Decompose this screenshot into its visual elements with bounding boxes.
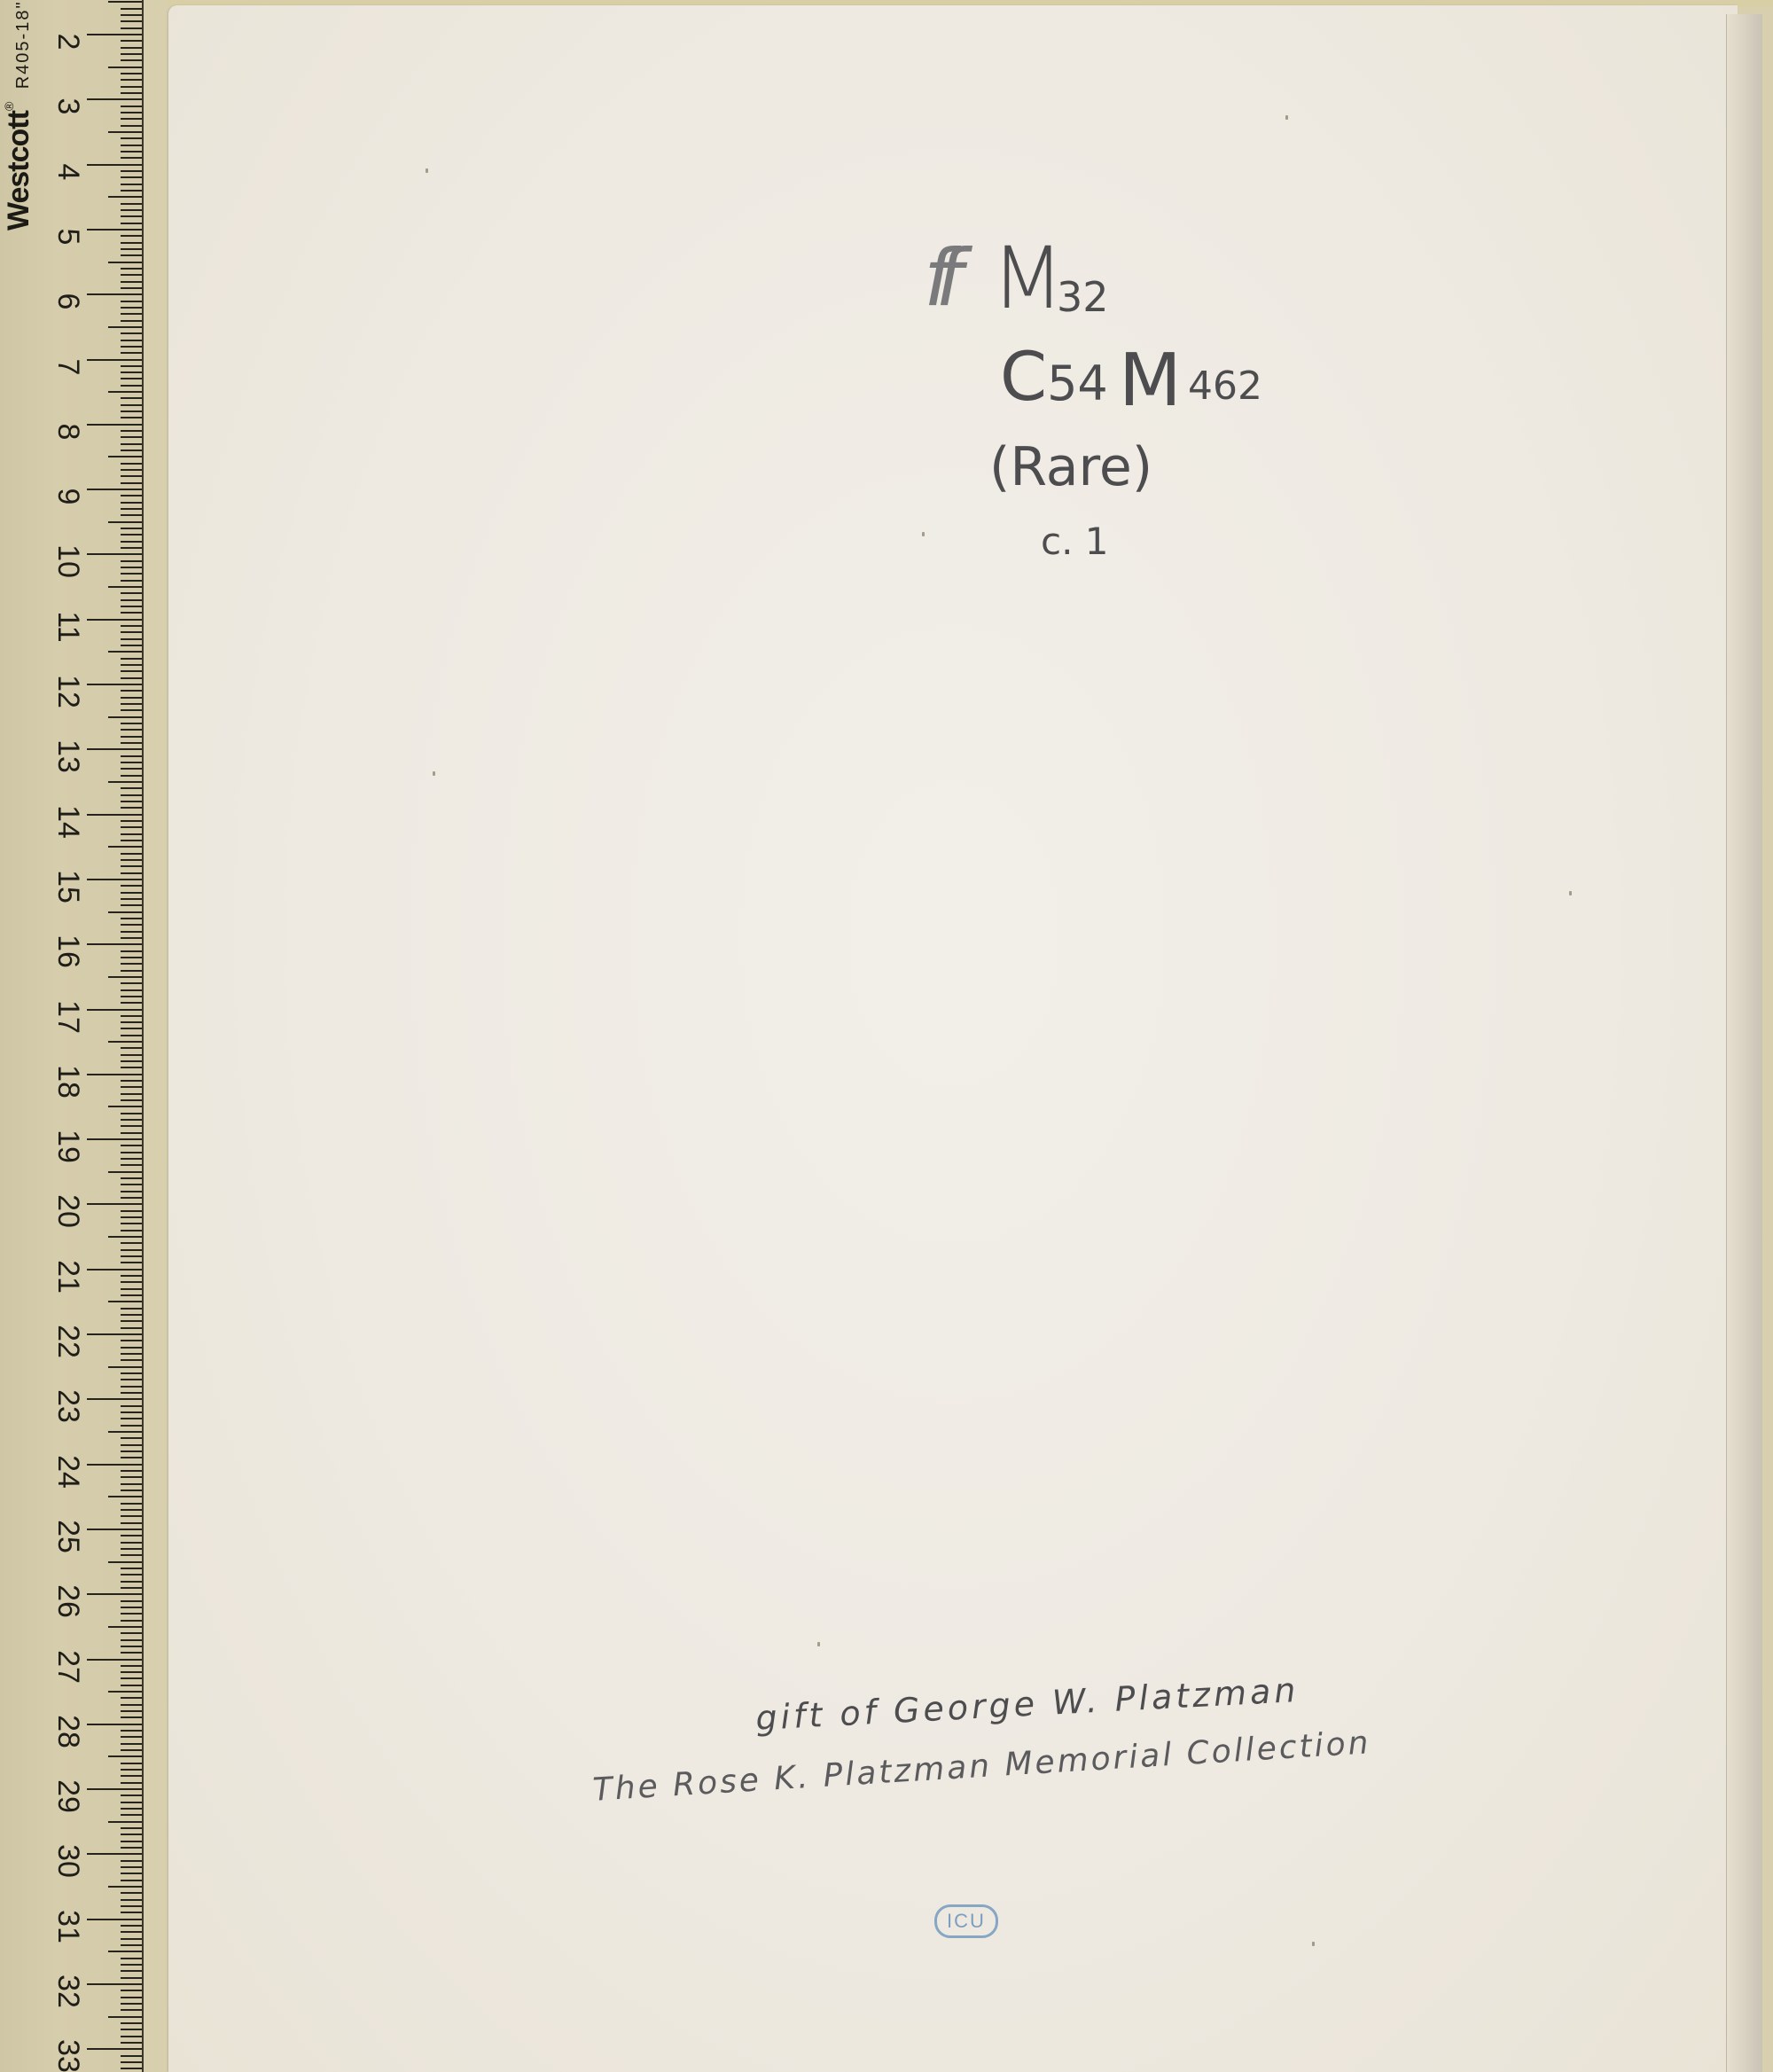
ruler-tick bbox=[121, 1230, 142, 1231]
ruler-tick bbox=[121, 378, 142, 379]
ruler-tick bbox=[121, 73, 142, 74]
ruler-tick bbox=[121, 1379, 142, 1380]
ruler-tick bbox=[121, 1418, 142, 1419]
ruler-tick bbox=[121, 631, 142, 633]
ruler-tick bbox=[121, 638, 142, 640]
ruler-number: 17 bbox=[53, 995, 83, 1039]
ruler-tick bbox=[121, 397, 142, 399]
ruler-tick bbox=[121, 1665, 142, 1667]
ruler-tick bbox=[121, 664, 142, 666]
ruler-tick bbox=[121, 514, 142, 516]
ruler-tick bbox=[121, 248, 142, 250]
ruler-tick bbox=[108, 846, 142, 848]
ruler-tick bbox=[121, 2055, 142, 2057]
paper-speck bbox=[922, 532, 925, 536]
ruler-tick bbox=[121, 1600, 142, 1602]
ruler-tick bbox=[121, 1327, 142, 1329]
ruler-tick bbox=[108, 456, 142, 457]
ruler-tick bbox=[121, 1841, 142, 1842]
ruler-tick bbox=[121, 1015, 142, 1017]
ruler-tick bbox=[121, 53, 142, 55]
ruler-tick bbox=[121, 1743, 142, 1745]
ruler-tick bbox=[121, 443, 142, 445]
ruler-tick bbox=[121, 723, 142, 724]
ruler-tick bbox=[121, 1320, 142, 1322]
ruler-tick bbox=[121, 1470, 142, 1472]
call-number-prefix: ff bbox=[924, 232, 947, 324]
ruler-tick bbox=[121, 170, 142, 172]
paper-speck bbox=[433, 771, 435, 776]
ruler-tick bbox=[121, 1568, 142, 1569]
ruler-number: 31 bbox=[53, 1904, 83, 1949]
ruler-tick bbox=[87, 1919, 142, 1920]
ruler-number: 2 bbox=[53, 20, 83, 64]
ruler-tick bbox=[121, 1912, 142, 1913]
ruler-tick bbox=[121, 1060, 142, 1062]
ruler-tick bbox=[108, 1951, 142, 1952]
ruler-tick bbox=[121, 436, 142, 438]
ruler-number: 14 bbox=[53, 800, 83, 844]
ruler-tick bbox=[121, 2042, 142, 2044]
ruler-tick bbox=[121, 137, 142, 139]
ruler-number: 23 bbox=[53, 1384, 83, 1428]
ruler-tick bbox=[121, 1613, 142, 1615]
ruler-tick bbox=[121, 872, 142, 874]
ruler-tick bbox=[121, 599, 142, 601]
ruler-tick bbox=[121, 1444, 142, 1446]
ruler-tick bbox=[121, 1080, 142, 1082]
ruler-tick bbox=[121, 14, 142, 16]
ruler-number: 16 bbox=[53, 929, 83, 973]
ruler-tick bbox=[108, 1431, 142, 1433]
ruler-model-number: R405-18" bbox=[13, 0, 33, 89]
ruler-tick bbox=[108, 1561, 142, 1563]
ruler-tick bbox=[121, 1372, 142, 1374]
ruler-tick bbox=[121, 989, 142, 991]
ruler-tick bbox=[108, 326, 142, 328]
ruler-tick bbox=[121, 1652, 142, 1654]
ruler-tick bbox=[121, 1535, 142, 1536]
ruler-number: 6 bbox=[53, 279, 83, 324]
ruler-tick bbox=[121, 1581, 142, 1583]
ruler-tick bbox=[121, 937, 142, 939]
ruler-number: 33 bbox=[53, 2034, 83, 2072]
ruler-number: 29 bbox=[53, 1774, 83, 1818]
ruler-tick bbox=[87, 1529, 142, 1530]
ruler-tick bbox=[121, 1802, 142, 1803]
rare-designation: (Rare) bbox=[989, 436, 1152, 498]
ruler-tick bbox=[87, 684, 142, 685]
paper-speck bbox=[817, 1642, 820, 1646]
ruler-tick bbox=[121, 1716, 142, 1718]
ruler-tick bbox=[108, 911, 142, 913]
ruler-tick bbox=[121, 658, 142, 660]
ruler-tick bbox=[121, 1607, 142, 1608]
ruler-tick bbox=[121, 1294, 142, 1296]
ruler-tick bbox=[121, 1119, 142, 1121]
call-number-second-number: 462 bbox=[1188, 364, 1262, 409]
ruler-tick bbox=[121, 112, 142, 113]
ruler-number: 15 bbox=[53, 864, 83, 909]
ruler-tick bbox=[121, 235, 142, 237]
ruler-tick bbox=[121, 1093, 142, 1095]
ruler-tick bbox=[121, 787, 142, 789]
ruler-tick bbox=[121, 1860, 142, 1862]
ruler-tick bbox=[108, 131, 142, 133]
ruler-tick bbox=[121, 125, 142, 127]
ruler-tick bbox=[121, 1152, 142, 1153]
ruler-tick bbox=[121, 346, 142, 348]
ruler-tick bbox=[108, 521, 142, 523]
ruler-tick bbox=[121, 931, 142, 933]
ruler-tick bbox=[121, 1177, 142, 1179]
ruler-tick bbox=[121, 1405, 142, 1407]
ruler-brand-label: Westcott® R405-18" bbox=[2, 0, 36, 231]
ruler-tick bbox=[87, 424, 142, 426]
ruler-tick bbox=[121, 1632, 142, 1634]
ruler-number: 18 bbox=[53, 1059, 83, 1104]
ruler-number: 8 bbox=[53, 410, 83, 454]
ruler-tick bbox=[121, 1763, 142, 1764]
ruler-tick bbox=[121, 1288, 142, 1290]
ruler-tick bbox=[121, 223, 142, 224]
ruler-tick bbox=[121, 1515, 142, 1517]
ruler-tick bbox=[108, 1886, 142, 1888]
ruler-tick bbox=[121, 1892, 142, 1894]
ruler-tick bbox=[121, 184, 142, 185]
ruler-tick bbox=[87, 1788, 142, 1790]
ruler-tick bbox=[87, 1659, 142, 1661]
ruler-tick bbox=[121, 40, 142, 42]
ruler-tick bbox=[121, 106, 142, 107]
ruler-tick bbox=[87, 489, 142, 490]
ruler-tick bbox=[121, 573, 142, 575]
ruler-tick bbox=[121, 1944, 142, 1946]
ruler-tick bbox=[87, 2048, 142, 2050]
ruler-tick bbox=[121, 1425, 142, 1427]
ruler-tick bbox=[108, 1171, 142, 1173]
ruler-tick bbox=[121, 645, 142, 646]
ruler-tick bbox=[121, 1704, 142, 1706]
ruler-tick bbox=[121, 1574, 142, 1576]
ruler-tick bbox=[121, 1347, 142, 1349]
ruler-tick bbox=[121, 209, 142, 211]
ruler-tick bbox=[121, 1899, 142, 1901]
ruler-tick bbox=[121, 1164, 142, 1166]
ruler-tick bbox=[121, 176, 142, 178]
ruler-tick bbox=[121, 924, 142, 926]
ruler-tick bbox=[121, 534, 142, 536]
ruler-tick bbox=[121, 8, 142, 10]
ruler-number: 27 bbox=[53, 1645, 83, 1689]
ruler-tick bbox=[87, 1009, 142, 1011]
ruler-number: 26 bbox=[53, 1579, 83, 1623]
torn-page-edge bbox=[1726, 14, 1762, 2072]
ruler-tick bbox=[121, 1054, 142, 1056]
ruler-tick bbox=[87, 1138, 142, 1140]
ruler-tick bbox=[121, 2022, 142, 2024]
ruler-tick bbox=[121, 118, 142, 120]
ruler-number: 12 bbox=[53, 669, 83, 714]
ruler-tick bbox=[108, 1691, 142, 1693]
ruler-tick bbox=[121, 463, 142, 465]
ruler-tick bbox=[108, 1, 142, 3]
ruler-tick bbox=[87, 359, 142, 361]
ruler-tick bbox=[121, 807, 142, 809]
ruler-tick bbox=[121, 332, 142, 334]
ruler-tick bbox=[121, 385, 142, 387]
ruler-tick bbox=[108, 586, 142, 588]
ruler-tick bbox=[121, 320, 142, 322]
ruler-tick bbox=[121, 755, 142, 757]
ruler-tick bbox=[121, 281, 142, 283]
ruler-tick bbox=[108, 1106, 142, 1107]
ruler-tick bbox=[121, 1775, 142, 1777]
call-number-class-letter: M bbox=[991, 229, 1065, 328]
ruler-tick bbox=[121, 1990, 142, 1991]
ruler-tick bbox=[108, 651, 142, 653]
ruler-number: 32 bbox=[53, 1969, 83, 2013]
ruler-tick bbox=[121, 1710, 142, 1712]
ruler-tick bbox=[121, 904, 142, 906]
ruler-tick bbox=[108, 1496, 142, 1497]
ruler-tick bbox=[87, 164, 142, 166]
ruler-number: 4 bbox=[53, 150, 83, 194]
ruler-tick bbox=[121, 1255, 142, 1257]
ruler-tick bbox=[87, 1203, 142, 1205]
ruler-tick bbox=[121, 1794, 142, 1796]
ruler-tick bbox=[121, 1749, 142, 1751]
ruler-tick bbox=[121, 1847, 142, 1849]
ruler-tick bbox=[121, 508, 142, 510]
ruler-tick bbox=[108, 781, 142, 783]
ruler-tick bbox=[121, 1977, 142, 1979]
ruler-tick bbox=[121, 742, 142, 744]
ruler-tick bbox=[121, 606, 142, 607]
ruler-tick bbox=[121, 865, 142, 867]
copy-number: c. 1 bbox=[1041, 520, 1109, 563]
ruler-number: 19 bbox=[53, 1124, 83, 1169]
ruler-tick bbox=[121, 820, 142, 822]
ruler-tick bbox=[121, 1503, 142, 1505]
ruler-tick bbox=[87, 1074, 142, 1075]
ruler-tick bbox=[121, 157, 142, 159]
ruler-tick bbox=[121, 1086, 142, 1088]
ruler-tick bbox=[121, 1938, 142, 1940]
ruler-tick bbox=[121, 1476, 142, 1478]
ruler-tick bbox=[121, 885, 142, 887]
ruler-tick bbox=[121, 1522, 142, 1524]
ruler-tick bbox=[121, 1125, 142, 1127]
ruler-tick bbox=[121, 1880, 142, 1881]
ruler-number: 25 bbox=[53, 1514, 83, 1559]
ruler-tick bbox=[121, 567, 142, 568]
ruler-number: 13 bbox=[53, 734, 83, 778]
ruler-tick bbox=[121, 502, 142, 504]
ruler-tick bbox=[121, 1281, 142, 1283]
cutter-letter: C bbox=[1000, 337, 1047, 416]
ruler-tick bbox=[108, 1821, 142, 1823]
ruler-brand-name: Westcott bbox=[2, 111, 35, 231]
ruler-tick bbox=[121, 560, 142, 562]
ruler-tick bbox=[121, 1997, 142, 1998]
ruler-tick bbox=[121, 918, 142, 919]
ruler-tick bbox=[121, 736, 142, 738]
ruler-tick bbox=[121, 1021, 142, 1023]
ruler-number: 7 bbox=[53, 345, 83, 389]
call-number-second-letter: M bbox=[1119, 339, 1182, 423]
ruler-tick bbox=[121, 1210, 142, 1212]
ruler-tick bbox=[121, 190, 142, 192]
call-number-class-number: 32 bbox=[1057, 273, 1109, 321]
ruler-tick bbox=[121, 307, 142, 309]
ruler-tick bbox=[121, 853, 142, 855]
ruler-tick bbox=[121, 86, 142, 88]
ruler-tick bbox=[121, 2029, 142, 2030]
ruler-tick bbox=[121, 898, 142, 900]
ruler-tick bbox=[121, 352, 142, 354]
ruler-tick bbox=[121, 59, 142, 61]
ruler-tick bbox=[121, 612, 142, 614]
ruler-tick bbox=[121, 417, 142, 418]
ruler-tick bbox=[121, 145, 142, 146]
ruler-tick bbox=[121, 1275, 142, 1277]
ruler-tick bbox=[121, 1646, 142, 1647]
cutter-number: 54 bbox=[1047, 356, 1108, 411]
ruler-tick bbox=[121, 1964, 142, 1966]
ruler-tick bbox=[121, 1489, 142, 1491]
ruler-tick bbox=[87, 1269, 142, 1271]
ruler-tick bbox=[121, 541, 142, 543]
ruler-tick bbox=[121, 826, 142, 828]
ruler-tick bbox=[121, 1113, 142, 1114]
ruler-tick bbox=[121, 1047, 142, 1049]
ruler-tick bbox=[121, 313, 142, 315]
ruler-tick bbox=[121, 1242, 142, 1244]
ruler-tick bbox=[121, 1671, 142, 1673]
ruler-tick bbox=[121, 1958, 142, 1959]
ruler-tick bbox=[121, 1359, 142, 1361]
ruler-tick bbox=[121, 268, 142, 270]
ruler-tick bbox=[121, 1873, 142, 1874]
ruler-tick bbox=[87, 619, 142, 621]
ruler-tick bbox=[121, 151, 142, 152]
ruler-tick bbox=[121, 365, 142, 367]
ruler-tick bbox=[121, 1808, 142, 1810]
ruler-tick bbox=[121, 254, 142, 256]
ruler-number: 28 bbox=[53, 1709, 83, 1754]
ruler-number: 21 bbox=[53, 1255, 83, 1299]
ruler-tick bbox=[87, 98, 142, 100]
ruler-tick bbox=[121, 340, 142, 341]
ruler-tick bbox=[121, 1834, 142, 1835]
ruler-tick bbox=[121, 1035, 142, 1036]
ruler-tick bbox=[121, 1262, 142, 1263]
ruler-tick bbox=[121, 1028, 142, 1029]
ruler-number: 10 bbox=[53, 539, 83, 583]
ruler-tick bbox=[121, 957, 142, 958]
ruler-tick bbox=[121, 2061, 142, 2063]
ruler-tick bbox=[121, 709, 142, 711]
ruler-number: 20 bbox=[53, 1189, 83, 1233]
paper-speck bbox=[1569, 891, 1572, 895]
library-stamp: ICU bbox=[934, 1904, 998, 1938]
ruler-tick bbox=[87, 553, 142, 555]
ruler-tick bbox=[121, 20, 142, 22]
ruler-tick bbox=[121, 410, 142, 412]
ruler-tick bbox=[121, 1587, 142, 1589]
ruler: Westcott® R405-18" 234567891011121314151… bbox=[0, 0, 144, 2072]
ruler-tick bbox=[121, 1353, 142, 1355]
ruler-tick bbox=[121, 1158, 142, 1160]
ruler-tick bbox=[121, 2036, 142, 2037]
ruler-tick bbox=[108, 391, 142, 393]
paper-speck bbox=[1312, 1942, 1315, 1946]
ruler-tick bbox=[121, 768, 142, 770]
ruler-tick bbox=[121, 215, 142, 217]
ruler-tick bbox=[121, 450, 142, 451]
ruler-tick bbox=[121, 1677, 142, 1679]
ruler-tick bbox=[121, 703, 142, 705]
ruler-tick bbox=[87, 879, 142, 880]
ruler-tick bbox=[121, 495, 142, 496]
ruler-tick bbox=[121, 1931, 142, 1933]
ruler-tick bbox=[121, 1866, 142, 1868]
ruler-tick bbox=[121, 1697, 142, 1699]
ruler-tick bbox=[121, 482, 142, 484]
ruler-tick bbox=[121, 27, 142, 29]
ruler-tick bbox=[108, 196, 142, 198]
ruler-tick bbox=[121, 242, 142, 244]
ruler-tick bbox=[108, 66, 142, 68]
ruler-tick bbox=[121, 859, 142, 861]
ruler-tick bbox=[121, 1782, 142, 1784]
ruler-tick bbox=[121, 2068, 142, 2069]
ruler-tick bbox=[121, 528, 142, 529]
ruler-tick bbox=[121, 1184, 142, 1185]
ruler-tick bbox=[121, 203, 142, 205]
ruler-tick bbox=[121, 1509, 142, 1511]
ruler-tick bbox=[87, 1724, 142, 1725]
ruler-tick bbox=[121, 469, 142, 471]
ruler-tick bbox=[108, 1755, 142, 1757]
ruler-tick bbox=[121, 762, 142, 763]
ruler-tick bbox=[121, 690, 142, 692]
ruler-tick bbox=[121, 287, 142, 289]
ruler-tick bbox=[87, 1464, 142, 1466]
ruler-tick bbox=[87, 34, 142, 35]
ruler-number: 9 bbox=[53, 474, 83, 519]
ruler-tick bbox=[108, 1626, 142, 1628]
ruler-tick bbox=[108, 1366, 142, 1368]
ruler-tick bbox=[121, 547, 142, 549]
ruler-tick bbox=[121, 1314, 142, 1316]
ruler-tick bbox=[87, 1983, 142, 1985]
ruler-tick bbox=[121, 1483, 142, 1485]
ruler-tick bbox=[121, 1223, 142, 1224]
ruler-tick bbox=[108, 262, 142, 263]
ruler-tick bbox=[87, 229, 142, 231]
ruler-tick bbox=[121, 677, 142, 679]
ruler-tick bbox=[121, 1411, 142, 1413]
ruler-tick bbox=[121, 47, 142, 49]
ruler-tick bbox=[121, 430, 142, 432]
ruler-tick bbox=[121, 794, 142, 796]
ruler-tick bbox=[121, 1002, 142, 1004]
ruler-tick bbox=[121, 1216, 142, 1218]
registered-mark: ® bbox=[2, 102, 16, 111]
ruler-tick bbox=[108, 1041, 142, 1043]
